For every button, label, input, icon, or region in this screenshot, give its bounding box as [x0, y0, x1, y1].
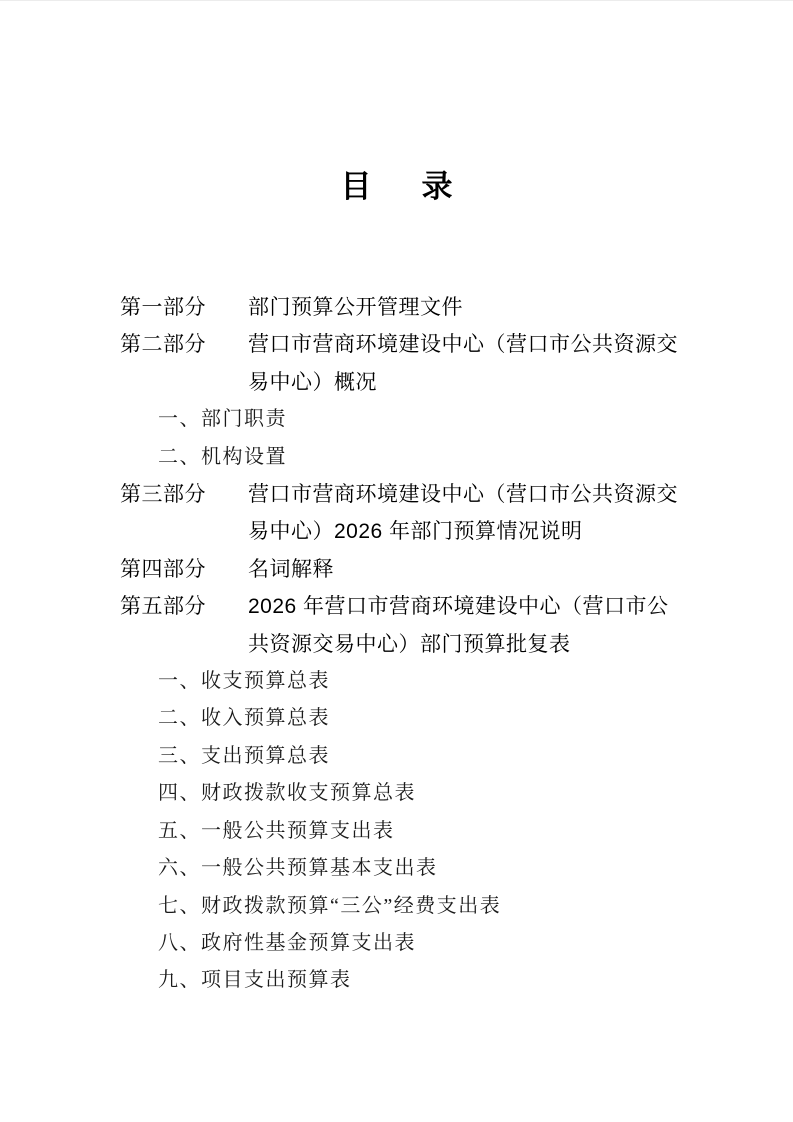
- toc-entry-text: 二、机构设置: [158, 439, 680, 476]
- toc-line: 共资源交易中心）部门预算批复表: [248, 626, 680, 663]
- toc-entry: 第一部分 部门预算公开管理文件: [120, 289, 680, 326]
- toc-entry-text: 部门预算公开管理文件: [248, 289, 680, 326]
- toc-entry-part-label: 第一部分: [120, 289, 248, 326]
- toc-entry: 七、财政拨款预算“三公”经费支出表: [120, 888, 680, 925]
- toc-entry: 六、一般公共预算基本支出表: [120, 850, 680, 887]
- toc-entry-text: 四、财政拨款收支预算总表: [158, 775, 680, 812]
- toc-entry-text: 一、部门职责: [158, 401, 680, 438]
- toc-entry: 第三部分 营口市营商环境建设中心（营口市公共资源交易中心）2026 年部门预算情…: [120, 476, 680, 551]
- toc-entry-text: 六、一般公共预算基本支出表: [158, 850, 680, 887]
- toc-line: 九、项目支出预算表: [158, 962, 680, 999]
- toc-entry: 二、机构设置: [120, 439, 680, 476]
- toc-entry-text: 八、政府性基金预算支出表: [158, 925, 680, 962]
- toc-entry-text: 一、收支预算总表: [158, 663, 680, 700]
- toc-line: 六、一般公共预算基本支出表: [158, 850, 680, 887]
- page-title: 目 录: [0, 171, 793, 204]
- toc-entry: 一、部门职责: [120, 401, 680, 438]
- toc-entry-text: 营口市营商环境建设中心（营口市公共资源交易中心）2026 年部门预算情况说明: [248, 476, 680, 551]
- toc-entry: 第二部分 营口市营商环境建设中心（营口市公共资源交易中心）概况: [120, 326, 680, 401]
- toc-entry-text: 五、一般公共预算支出表: [158, 813, 680, 850]
- toc-entry: 八、政府性基金预算支出表: [120, 925, 680, 962]
- toc-line: 易中心）概况: [248, 364, 680, 401]
- toc-entry: 三、支出预算总表: [120, 738, 680, 775]
- toc-line: 易中心）2026 年部门预算情况说明: [248, 513, 680, 550]
- toc-line: 一、部门职责: [158, 401, 680, 438]
- toc-entry: 二、收入预算总表: [120, 700, 680, 737]
- toc-line: 营口市营商环境建设中心（营口市公共资源交: [248, 476, 680, 513]
- toc-line: 营口市营商环境建设中心（营口市公共资源交: [248, 326, 680, 363]
- page-title-char-mu: 目: [341, 171, 372, 204]
- toc-entry: 五、一般公共预算支出表: [120, 813, 680, 850]
- toc-line: 二、收入预算总表: [158, 700, 680, 737]
- toc-entry-part-label: 第四部分: [120, 551, 248, 588]
- toc-entry-part-label: 第三部分: [120, 476, 248, 513]
- toc-entry-text: 二、收入预算总表: [158, 700, 680, 737]
- toc-line: 七、财政拨款预算“三公”经费支出表: [158, 888, 680, 925]
- toc-line: 一、收支预算总表: [158, 663, 680, 700]
- toc-entry: 第四部分 名词解释: [120, 551, 680, 588]
- toc-line: 三、支出预算总表: [158, 738, 680, 775]
- toc-line: 2026 年营口市营商环境建设中心（营口市公: [248, 588, 680, 625]
- toc-entry: 四、财政拨款收支预算总表: [120, 775, 680, 812]
- toc-entry-text: 营口市营商环境建设中心（营口市公共资源交易中心）概况: [248, 326, 680, 401]
- toc-entry: 九、项目支出预算表: [120, 962, 680, 999]
- toc-line: 八、政府性基金预算支出表: [158, 925, 680, 962]
- toc-entry-part-label: 第二部分: [120, 326, 248, 363]
- document-page: 目 录 第一部分 部门预算公开管理文件 第二部分 营口市营商环境建设中心（营口市…: [0, 0, 793, 1122]
- toc-line: 二、机构设置: [158, 439, 680, 476]
- toc-line: 五、一般公共预算支出表: [158, 813, 680, 850]
- toc-entry-text: 九、项目支出预算表: [158, 962, 680, 999]
- table-of-contents: 第一部分 部门预算公开管理文件 第二部分 营口市营商环境建设中心（营口市公共资源…: [120, 289, 680, 1000]
- toc-entry: 第五部分 2026 年营口市营商环境建设中心（营口市公共资源交易中心）部门预算批…: [120, 588, 680, 663]
- toc-line: 部门预算公开管理文件: [248, 289, 680, 326]
- toc-line: 四、财政拨款收支预算总表: [158, 775, 680, 812]
- toc-entry-text: 2026 年营口市营商环境建设中心（营口市公共资源交易中心）部门预算批复表: [248, 588, 680, 663]
- toc-entry-text: 七、财政拨款预算“三公”经费支出表: [158, 888, 680, 925]
- toc-entry: 一、收支预算总表: [120, 663, 680, 700]
- toc-entry-text: 三、支出预算总表: [158, 738, 680, 775]
- toc-entry-text: 名词解释: [248, 551, 680, 588]
- toc-entry-part-label: 第五部分: [120, 588, 248, 625]
- toc-line: 名词解释: [248, 551, 680, 588]
- page-title-char-lu: 录: [422, 171, 453, 204]
